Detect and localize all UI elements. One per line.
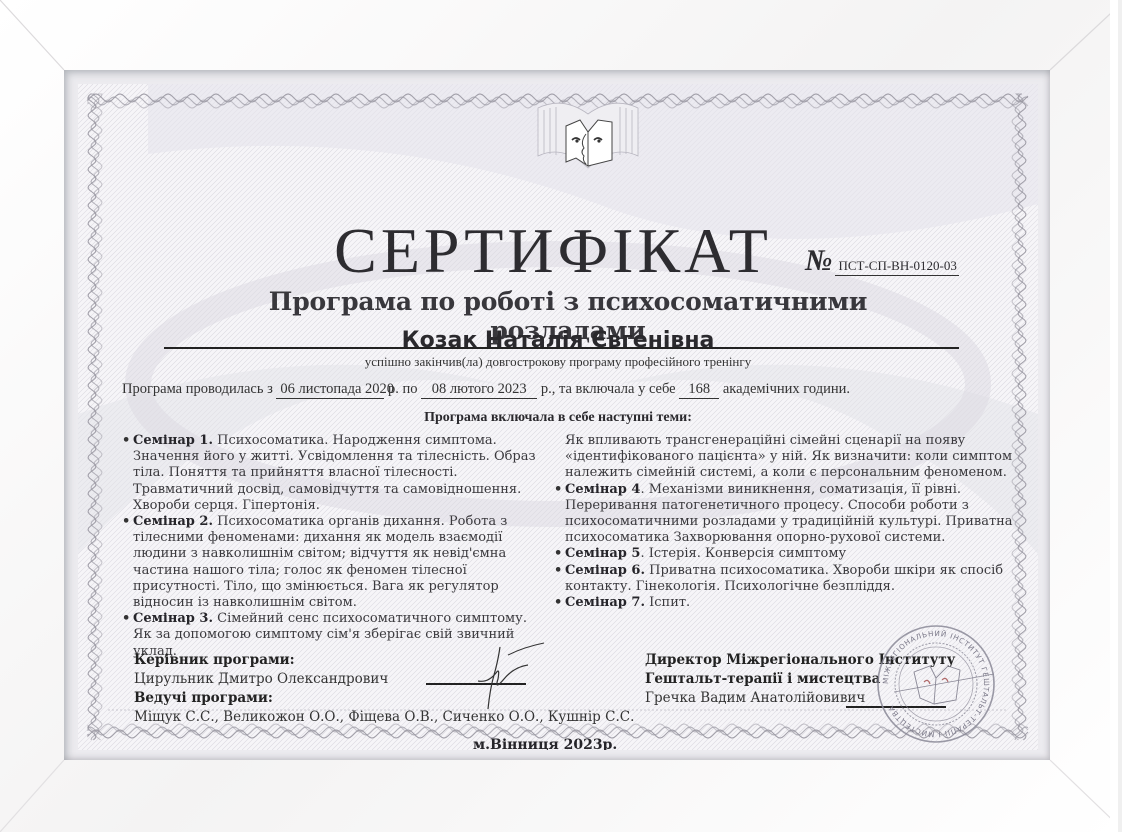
seminars-right-column: Як впливають трансгенераційні сімейні сц… [554,433,1014,611]
hours-count: 168 [679,381,719,399]
seminar-label: Семінар 2. [133,514,213,529]
seminar-item: Семінар 2. Психосоматика органів дихання… [122,514,542,611]
number-sign: № [805,244,832,278]
seminar-label: Семінар 5 [565,546,640,561]
svg-text:МІЖРЕГІОНАЛЬНИЙ ІНСТИТУТ ГЕШТА: МІЖРЕГІОНАЛЬНИЙ ІНСТИТУТ ГЕШТАЛЬТ-ТЕРАПІ… [881,629,991,739]
program-head-block: Керівник програми: Цирульник Дмитро Олек… [134,651,654,727]
period-suffix: академічних години. [723,381,850,397]
handwritten-signature-icon [448,639,558,714]
seminar-item: Семінар 4. Механізми виникнення, соматиз… [554,482,1014,547]
recipient-underline [164,347,959,349]
certificate-number-value: ПСТ-СП-ВН-0120-03 [835,258,958,276]
certificate-paper: СЕРТИФІКАТ № ПСТ-СП-ВН-0120-03 Програма … [78,84,1038,750]
certificate-title: СЕРТИФІКАТ [328,216,778,286]
seminar-item: Семінар 1. Психосоматика. Народження сим… [122,433,542,514]
seminar-label: Семінар 6. [565,563,645,578]
seminar-label: Семінар 1. [133,433,213,448]
leaders-names: Міщук С.С., Великожон О.О., Фіщева О.В.,… [134,708,654,727]
seminar-item: Семінар 5. Істерія. Конверсія симптому [554,546,1014,562]
seminar-text: . Істерія. Конверсія симптому [640,546,846,561]
period-middle: р. по [388,381,418,397]
seminar-3-continued: Як впливають трансгенераційні сімейні сц… [554,433,1014,482]
head-label: Керівник програми: [134,652,295,668]
institute-stamp-icon: МІЖРЕГІОНАЛЬНИЙ ІНСТИТУТ ГЕШТАЛЬТ-ТЕРАПІ… [874,622,998,746]
themes-heading: Програма включала в себе наступні теми: [78,410,1038,426]
end-date: 08 лютого 2023 [421,381,537,399]
seminar-item: Семінар 6. Приватна психосоматика. Хворо… [554,563,1014,595]
start-date: 06 листопада 2020 [276,381,384,399]
recipient-name: Козак Наталія Євгенівна [78,328,1038,353]
head-name: Цирульник Дмитро Олександрович [134,670,654,689]
seminars-left-column: Семінар 1. Психосоматика. Народження сим… [122,433,542,660]
certificate-number: № ПСТ-СП-ВН-0120-03 [805,244,959,278]
period-prefix: Програма проводилась з [122,381,273,397]
period-after-end: р., та включала у себе [541,381,676,397]
completion-text: успішно закінчив(ла) довгострокову прогр… [78,354,1038,370]
seminar-item: Семінар 7. Іспит. [554,595,1014,611]
book-face-logo-icon [528,86,648,186]
director-label-2: Гештальт-терапії і мистецтва [645,671,880,687]
program-period: Програма проводилась з 06 листопада 2020… [122,381,1022,399]
leaders-label: Ведучі програми: [134,690,273,706]
seminar-label: Семінар 3. [133,611,213,626]
seminar-label: Семінар 7. [565,595,645,610]
seminar-text: Іспит. [645,595,690,610]
seminar-label: Семінар 4 [565,482,640,497]
city-year: м.Вінниця 2023р. [473,737,617,750]
